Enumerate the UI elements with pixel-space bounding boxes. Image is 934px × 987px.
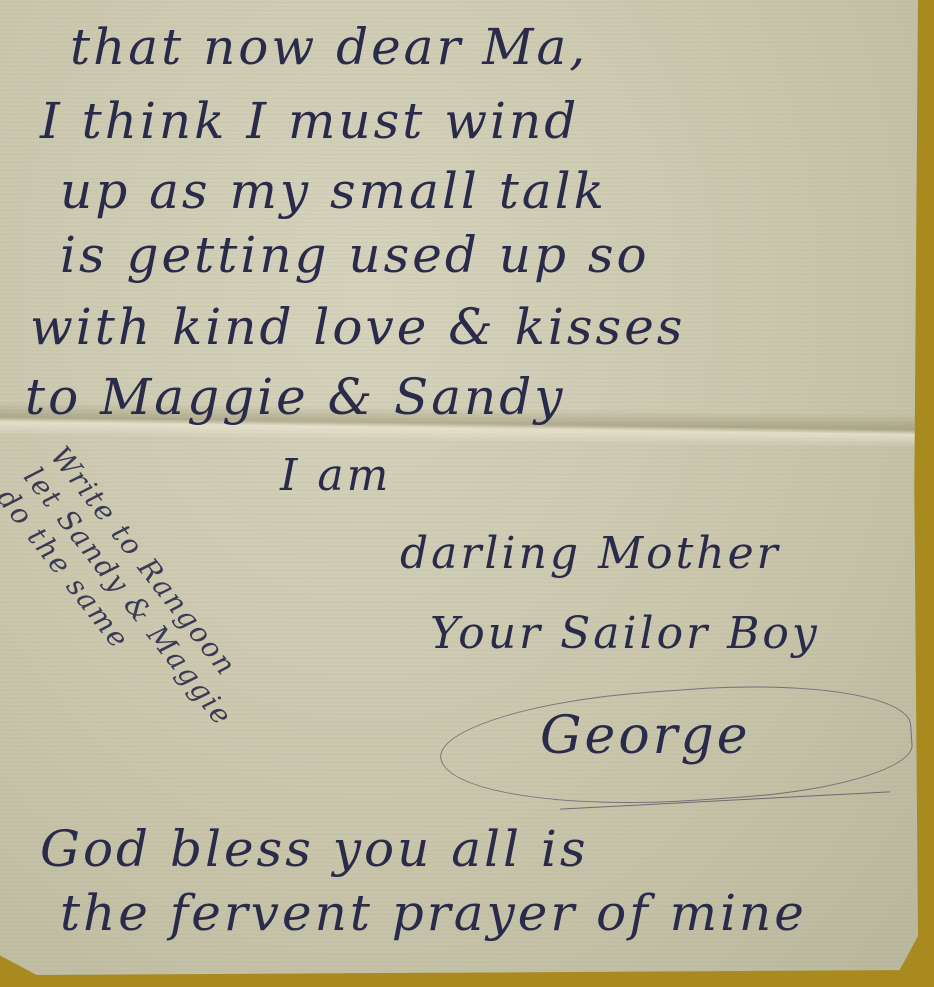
body-line-3: up as my small talk: [60, 162, 607, 220]
body-line-1: that now dear Ma,: [70, 18, 588, 76]
margin-note-line-2: let Sandy & Maggie: [16, 461, 239, 733]
body-line-4: is getting used up so: [60, 226, 650, 284]
body-line-2: I think I must wind: [40, 92, 579, 150]
postscript-line-2: the fervent prayer of mine: [60, 884, 807, 942]
body-line-5: with kind love & kisses: [30, 298, 685, 356]
body-line-6: to Maggie & Sandy: [25, 368, 566, 426]
letter-paper: that now dear Ma, I think I must wind up…: [0, 0, 918, 975]
postscript-line-1: God bless you all is: [40, 820, 589, 878]
signature: George: [540, 706, 751, 766]
letter-photo: that now dear Ma, I think I must wind up…: [0, 0, 934, 987]
closing-line-i-am: I am: [280, 450, 391, 501]
closing-line-sailor-boy: Your Sailor Boy: [430, 608, 820, 659]
closing-line-darling-mother: darling Mother: [400, 528, 781, 579]
margin-note: Write to Rangoon let Sandy & Maggie do t…: [0, 440, 266, 754]
